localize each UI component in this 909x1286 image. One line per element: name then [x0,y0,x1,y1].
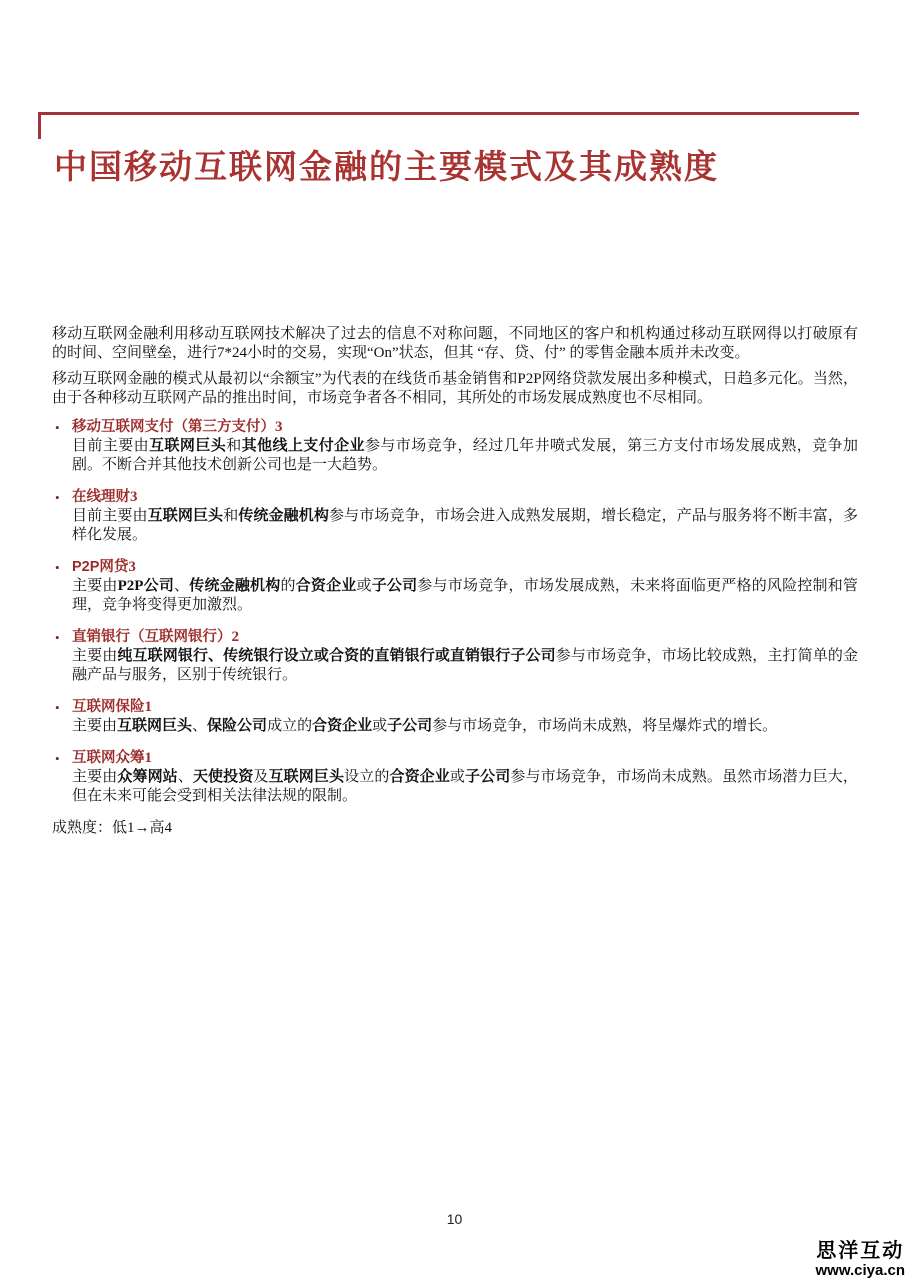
maturity-rating: 1 [145,699,153,715]
list-item: • P2P网贷3 主要由P2P公司、传统金融机构的合资企业或子公司参与市场竞争，… [72,558,858,615]
bullet-heading: 在线理财3 [72,488,858,507]
bullet-heading-text: 在线理财 [72,489,130,505]
bullet-icon: • [55,488,60,507]
bullet-heading: P2P网贷3 [72,558,858,577]
bullet-body: 主要由纯互联网银行、传统银行设立或合资的直销银行或直销银行子公司参与市场竞争，市… [72,647,858,685]
document-page: 中国移动互联网金融的主要模式及其成熟度 移动互联网金融利用移动互联网技术解决了过… [0,0,909,1286]
bullet-icon: • [55,749,60,768]
maturity-rating: 3 [275,419,283,435]
bullet-heading-text: 互联网保险 [72,699,145,715]
bullet-heading-text: 移动互联网支付（第三方支付） [72,419,275,435]
bullet-heading: 移动互联网支付（第三方支付）3 [72,418,858,437]
watermark-url: www.ciya.cn [816,1262,905,1279]
maturity-rating: 2 [232,629,240,645]
bullet-heading-text: P2P网贷 [72,559,128,575]
list-item: • 直销银行（互联网银行）2 主要由纯互联网银行、传统银行设立或合资的直销银行或… [72,628,858,685]
maturity-rating: 1 [145,750,153,766]
bullet-body: 目前主要由互联网巨头和其他线上支付企业参与市场竞争，经过几年井喷式发展，第三方支… [72,437,858,475]
bullet-heading-text: 互联网众筹 [72,750,145,766]
bullet-icon: • [55,418,60,437]
maturity-rating: 3 [130,489,138,505]
main-content: 移动互联网金融利用移动互联网技术解决了过去的信息不对称问题，不同地区的客户和机构… [52,325,858,838]
watermark-brand: 思洋互动 [816,1240,905,1262]
bullet-body: 目前主要由互联网巨头和传统金融机构参与市场竞争，市场会进入成熟发展期，增长稳定，… [72,507,858,545]
maturity-rating: 3 [128,559,136,575]
bullet-body: 主要由互联网巨头、保险公司成立的合资企业或子公司参与市场竞争，市场尚未成熟，将呈… [72,717,858,736]
intro-paragraph: 移动互联网金融利用移动互联网技术解决了过去的信息不对称问题，不同地区的客户和机构… [52,325,858,363]
list-item: • 移动互联网支付（第三方支付）3 目前主要由互联网巨头和其他线上支付企业参与市… [72,418,858,475]
watermark: 思洋互动 www.ciya.cn [816,1240,905,1279]
bullet-heading: 互联网众筹1 [72,749,858,768]
bullet-heading: 互联网保险1 [72,698,858,717]
bullet-body: 主要由P2P公司、传统金融机构的合资企业或子公司参与市场竞争，市场发展成熟，未来… [72,577,858,615]
bullet-list: • 移动互联网支付（第三方支付）3 目前主要由互联网巨头和其他线上支付企业参与市… [52,418,858,806]
bullet-icon: • [55,558,60,577]
bullet-body: 主要由众筹网站、天使投资及互联网巨头设立的合资企业或子公司参与市场竞争，市场尚未… [72,768,858,806]
header-rule [38,112,859,139]
list-item: • 互联网保险1 主要由互联网巨头、保险公司成立的合资企业或子公司参与市场竞争，… [72,698,858,736]
list-item: • 互联网众筹1 主要由众筹网站、天使投资及互联网巨头设立的合资企业或子公司参与… [72,749,858,806]
page-title: 中国移动互联网金融的主要模式及其成熟度 [54,146,884,190]
intro-paragraph: 移动互联网金融的模式从最初以“余额宝”为代表的在线货币基金销售和P2P网络贷款发… [52,370,858,408]
page-number: 10 [0,1211,909,1227]
maturity-scale-note: 成熟度：低1→高4 [52,819,858,838]
list-item: • 在线理财3 目前主要由互联网巨头和传统金融机构参与市场竞争，市场会进入成熟发… [72,488,858,545]
bullet-icon: • [55,698,60,717]
bullet-heading-text: 直销银行（互联网银行） [72,629,232,645]
bullet-heading: 直销银行（互联网银行）2 [72,628,858,647]
bullet-icon: • [55,628,60,647]
